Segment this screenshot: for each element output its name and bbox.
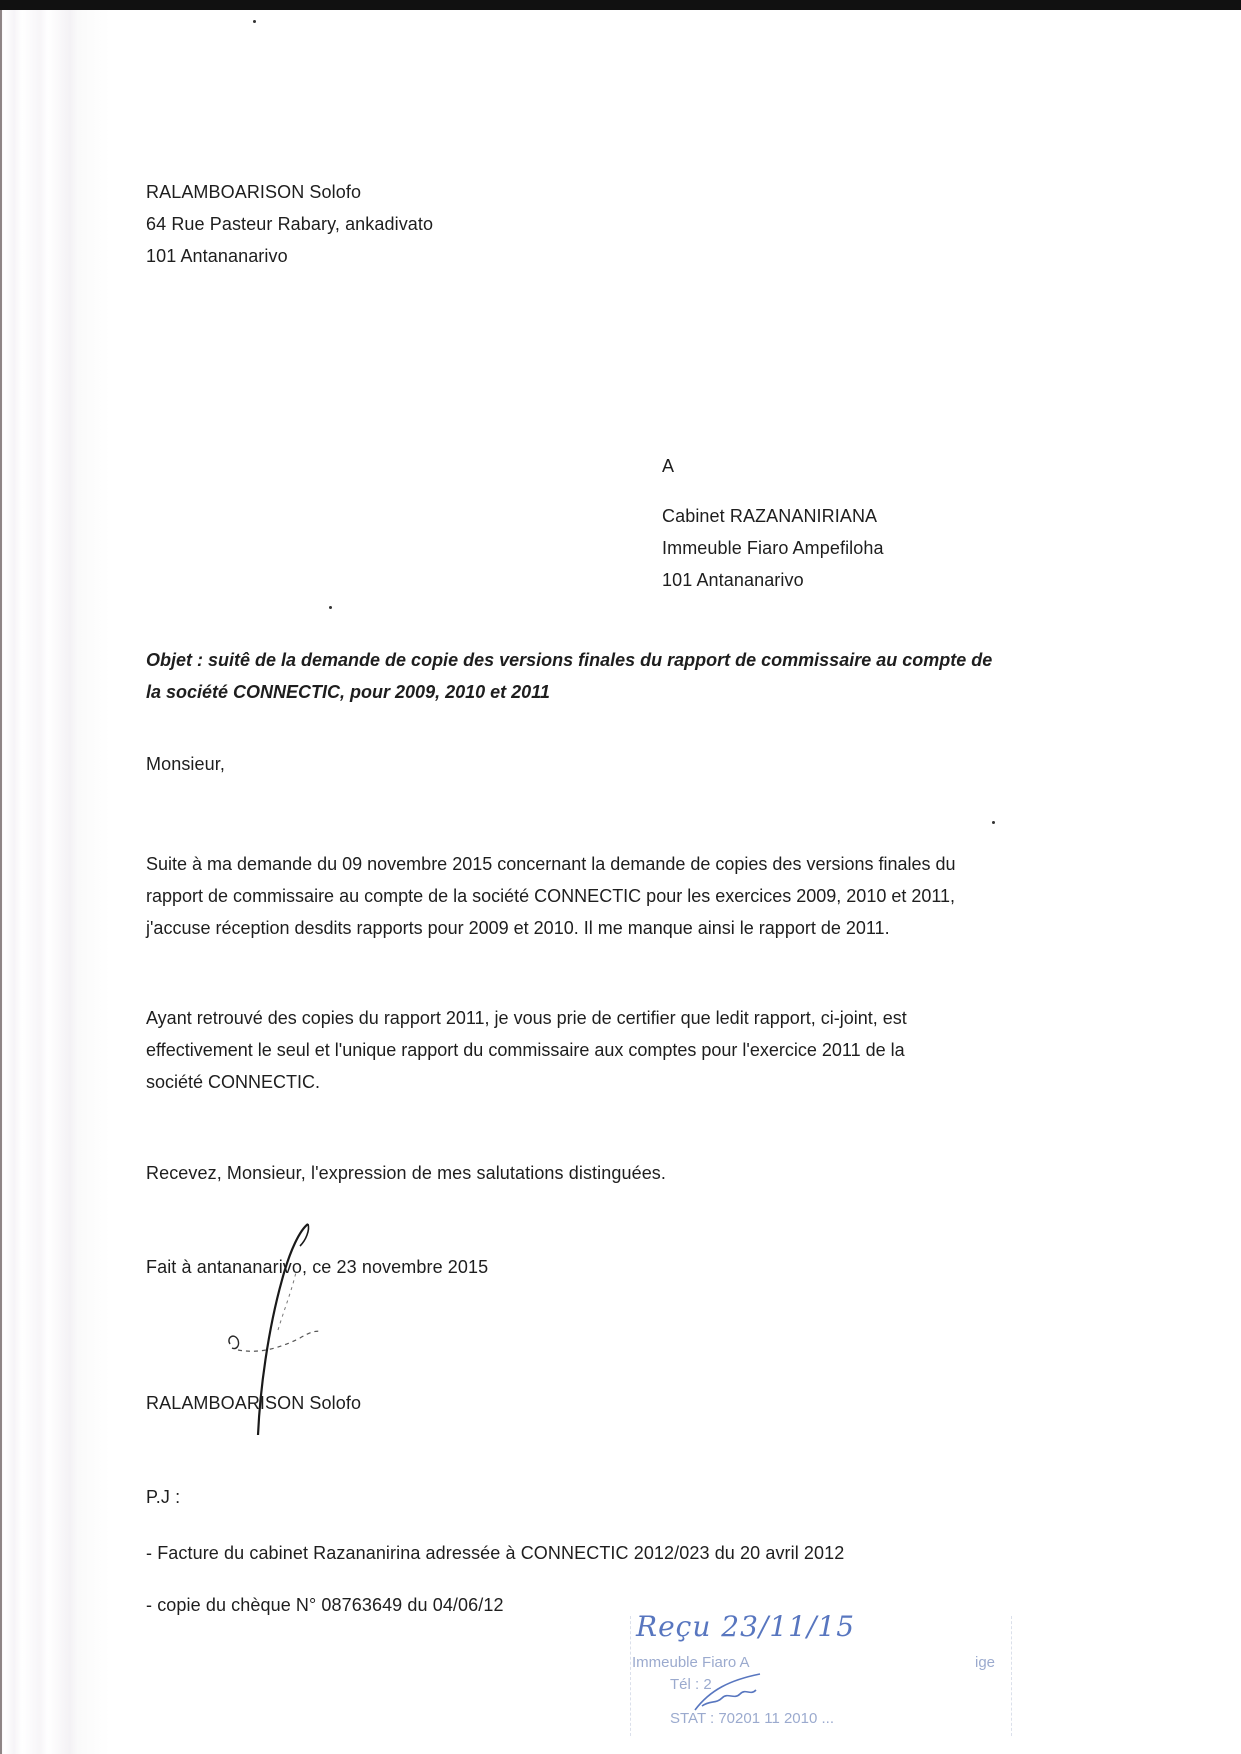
paragraph-line: Suite à ma demande du 09 novembre 2015 c… (146, 848, 1106, 880)
closing-formula: Recevez, Monsieur, l'expression de mes s… (146, 1157, 666, 1189)
body-paragraph-2: Ayant retrouvé des copies du rapport 201… (146, 1002, 1106, 1098)
attachment-item-1: - Facture du cabinet Razananirina adress… (146, 1537, 844, 1569)
paragraph-line: effectivement le seul et l'unique rappor… (146, 1034, 1106, 1066)
stamp-handwritten-date: Reçu 23/11/15 (636, 1610, 855, 1643)
subject-line: Objet : suitê de la demande de copie des… (146, 644, 1106, 708)
scan-speck (253, 20, 256, 23)
subject-line1: Objet : suitê de la demande de copie des… (146, 644, 1106, 676)
sender-address-line2: 101 Antananarivo (146, 240, 433, 272)
recipient-address-line1: Immeuble Fiaro Ampefiloha (662, 532, 884, 564)
recipient-block: A Cabinet RAZANANIRIANA Immeuble Fiaro A… (662, 450, 884, 596)
paragraph-line: Ayant retrouvé des copies du rapport 201… (146, 1002, 1106, 1034)
body-paragraph-1: Suite à ma demande du 09 novembre 2015 c… (146, 848, 1106, 944)
paragraph-line: j'accuse réception desdits rapports pour… (146, 912, 1106, 944)
salutation: Monsieur, (146, 748, 225, 780)
reception-stamp: Reçu 23/11/15 Immeuble Fiaro A ige Tél :… (630, 1610, 1030, 1750)
stamp-right-fragment: ige (975, 1654, 995, 1671)
paragraph-line: rapport de commissaire au compte de la s… (146, 880, 1106, 912)
sender-name: RALAMBOARISON Solofo (146, 176, 433, 208)
sender-address-line1: 64 Rue Pasteur Rabary, ankadivato (146, 208, 433, 240)
recipient-address-line2: 101 Antananarivo (662, 564, 884, 596)
scan-top-border (0, 0, 1241, 10)
scan-speck (992, 821, 995, 824)
scan-left-edge (0, 10, 110, 1754)
attachment-item-2: - copie du chèque N° 08763649 du 04/06/1… (146, 1589, 504, 1621)
paragraph-line: société CONNECTIC. (146, 1066, 1106, 1098)
recipient-name: Cabinet RAZANANIRIANA (662, 500, 884, 532)
scan-speck (329, 606, 332, 609)
signatory-name: RALAMBOARISON Solofo (146, 1387, 361, 1419)
stamp-initials (690, 1670, 780, 1720)
recipient-prefix: A (662, 450, 884, 482)
subject-line2: la société CONNECTIC, pour 2009, 2010 et… (146, 676, 1106, 708)
stamp-line-1: Immeuble Fiaro A (632, 1654, 750, 1671)
attachments-label: P.J : (146, 1481, 180, 1513)
sender-block: RALAMBOARISON Solofo 64 Rue Pasteur Raba… (146, 176, 433, 272)
